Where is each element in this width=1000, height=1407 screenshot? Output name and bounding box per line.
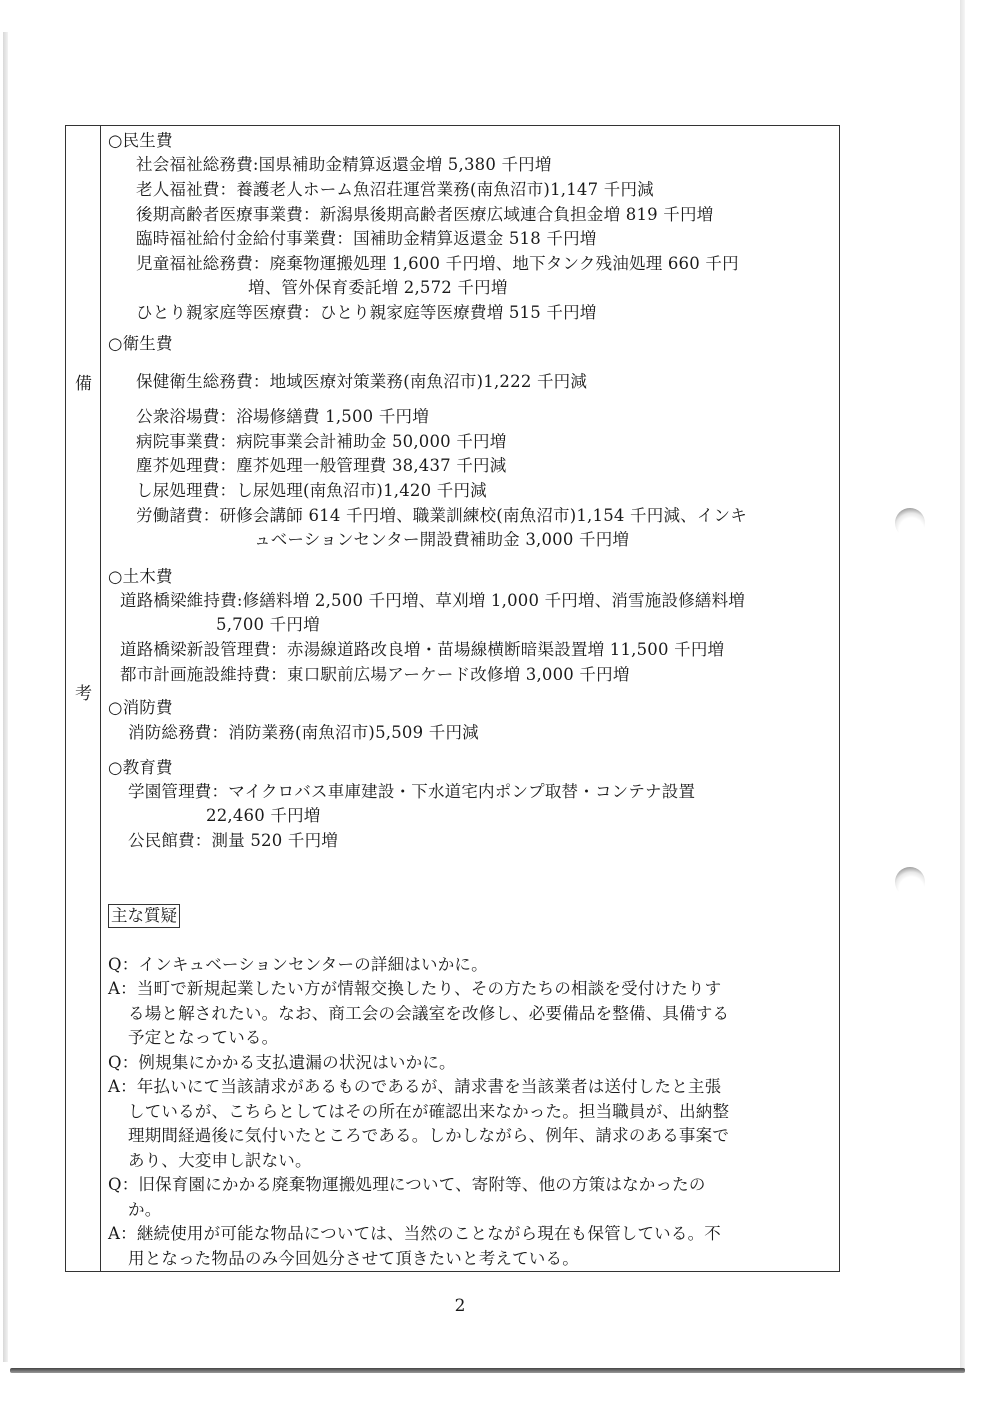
punch-hole-icon	[895, 867, 925, 897]
list-item: 道路橋梁新設管理費：赤湯線道路改良増・苗場線横断暗渠設置増 11,500 千円増	[120, 638, 724, 663]
list-item: 老人福祉費：養護老人ホーム魚沼荘運営業務(南魚沼市)1,147 千円減	[136, 178, 654, 203]
list-item: 公民館費：測量 520 千円増	[128, 829, 338, 854]
qa-answer-continuation: 用となった物品のみ今回処分させて頂きたいと考えている。	[128, 1247, 579, 1272]
qa-answer-continuation: 予定となっている。	[128, 1026, 278, 1051]
list-item-continuation: 22,460 千円増	[206, 804, 320, 829]
remarks-label-column: 備 考	[66, 126, 101, 1271]
qa-answer-continuation: る場と解されたい。なお、商工会の会議室を改修し、必要備品を整備、具備する	[128, 1002, 729, 1027]
list-item: 児童福祉総務費：廃棄物運搬処理 1,600 千円増、地下タンク残油処理 660 …	[136, 252, 739, 277]
qa-question: Q：旧保育園にかかる廃棄物運搬処理について、寄附等、他の方策はなかったの	[108, 1173, 706, 1198]
qa-answer: A：継続使用が可能な物品については、当然のことながら現在も保管している。不	[108, 1222, 721, 1247]
list-item: し尿処理費：し尿処理(南魚沼市)1,420 千円減	[136, 479, 487, 504]
page-edge-right	[960, 0, 965, 1370]
qa-answer: A：当町で新規起業したい方が情報交換したり、その方たちの相談を受付けたりす	[108, 977, 721, 1002]
label-ko: 考	[66, 679, 101, 704]
list-item: ひとり親家庭等医療費：ひとり親家庭等医療費増 515 千円増	[136, 301, 596, 326]
page-edge-bottom	[10, 1368, 965, 1373]
list-item-continuation: ュベーションセンター開設費補助金 3,000 千円増	[254, 528, 629, 553]
list-item: 病院事業費：病院事業会計補助金 50,000 千円増	[136, 430, 506, 455]
qa-section-title: 主な質疑	[108, 904, 180, 928]
list-item: 消防総務費：消防業務(南魚沼市)5,509 千円減	[128, 721, 479, 746]
section-heading-health: ○衛生費	[108, 332, 173, 357]
qa-question: Q：例規集にかかる支払遺漏の状況はいかに。	[108, 1051, 456, 1076]
section-heading-education: ○教育費	[108, 756, 173, 781]
list-item: 保健衛生総務費：地域医療対策業務(南魚沼市)1,222 千円減	[136, 370, 587, 395]
list-item: 学園管理費：マイクロバス車庫建設・下水道宅内ポンプ取替・コンテナ設置	[128, 780, 695, 805]
label-bi: 備	[66, 369, 101, 394]
list-item-continuation: 増、管外保育委託増 2,572 千円増	[248, 276, 508, 301]
qa-question: Q：インキュベーションセンターの詳細はいかに。	[108, 953, 488, 978]
punch-hole-icon	[895, 508, 925, 538]
qa-answer-continuation: あり、大変申し訳ない。	[128, 1149, 312, 1174]
section-heading-welfare: ○民生費	[108, 129, 173, 154]
list-item-continuation: 5,700 千円増	[216, 613, 320, 638]
remarks-table: 備 考 ○民生費 社会福祉総務費:国県補助金精算返還金増 5,380 千円増 老…	[65, 125, 840, 1272]
qa-answer-continuation: しているが、こちらとしてはその所在が確認出来なかった。担当職員が、出納整	[128, 1100, 729, 1125]
list-item: 社会福祉総務費:国県補助金精算返還金増 5,380 千円増	[136, 153, 552, 178]
page-number: 2	[0, 1296, 920, 1316]
list-item: 労働諸費：研修会講師 614 千円増、職業訓練校(南魚沼市)1,154 千円減、…	[136, 504, 747, 529]
list-item: 道路橋梁維持費:修繕料増 2,500 千円増、草刈増 1,000 千円増、消雪施…	[120, 589, 745, 614]
list-item: 公衆浴場費：浴場修繕費 1,500 千円増	[136, 405, 429, 430]
qa-question-continuation: か。	[128, 1198, 161, 1223]
list-item: 塵芥処理費：塵芥処理一般管理費 38,437 千円減	[136, 454, 506, 479]
qa-answer: A：年払いにて当該請求があるものであるが、請求書を当該業者は送付したと主張	[108, 1075, 721, 1100]
section-heading-civil: ○土木費	[108, 565, 173, 590]
list-item: 後期高齢者医療事業費：新潟県後期高齢者医療広域連合負担金増 819 千円増	[136, 203, 713, 228]
qa-answer-continuation: 理期間経過後に気付いたところである。しかしながら、例年、請求のある事案で	[128, 1124, 729, 1149]
section-heading-fire: ○消防費	[108, 696, 173, 721]
page-edge-left	[3, 32, 8, 1362]
list-item: 都市計画施設維持費：東口駅前広場アーケード改修増 3,000 千円増	[120, 663, 630, 688]
list-item: 臨時福祉給付金給付事業費：国補助金精算返還金 518 千円増	[136, 227, 596, 252]
